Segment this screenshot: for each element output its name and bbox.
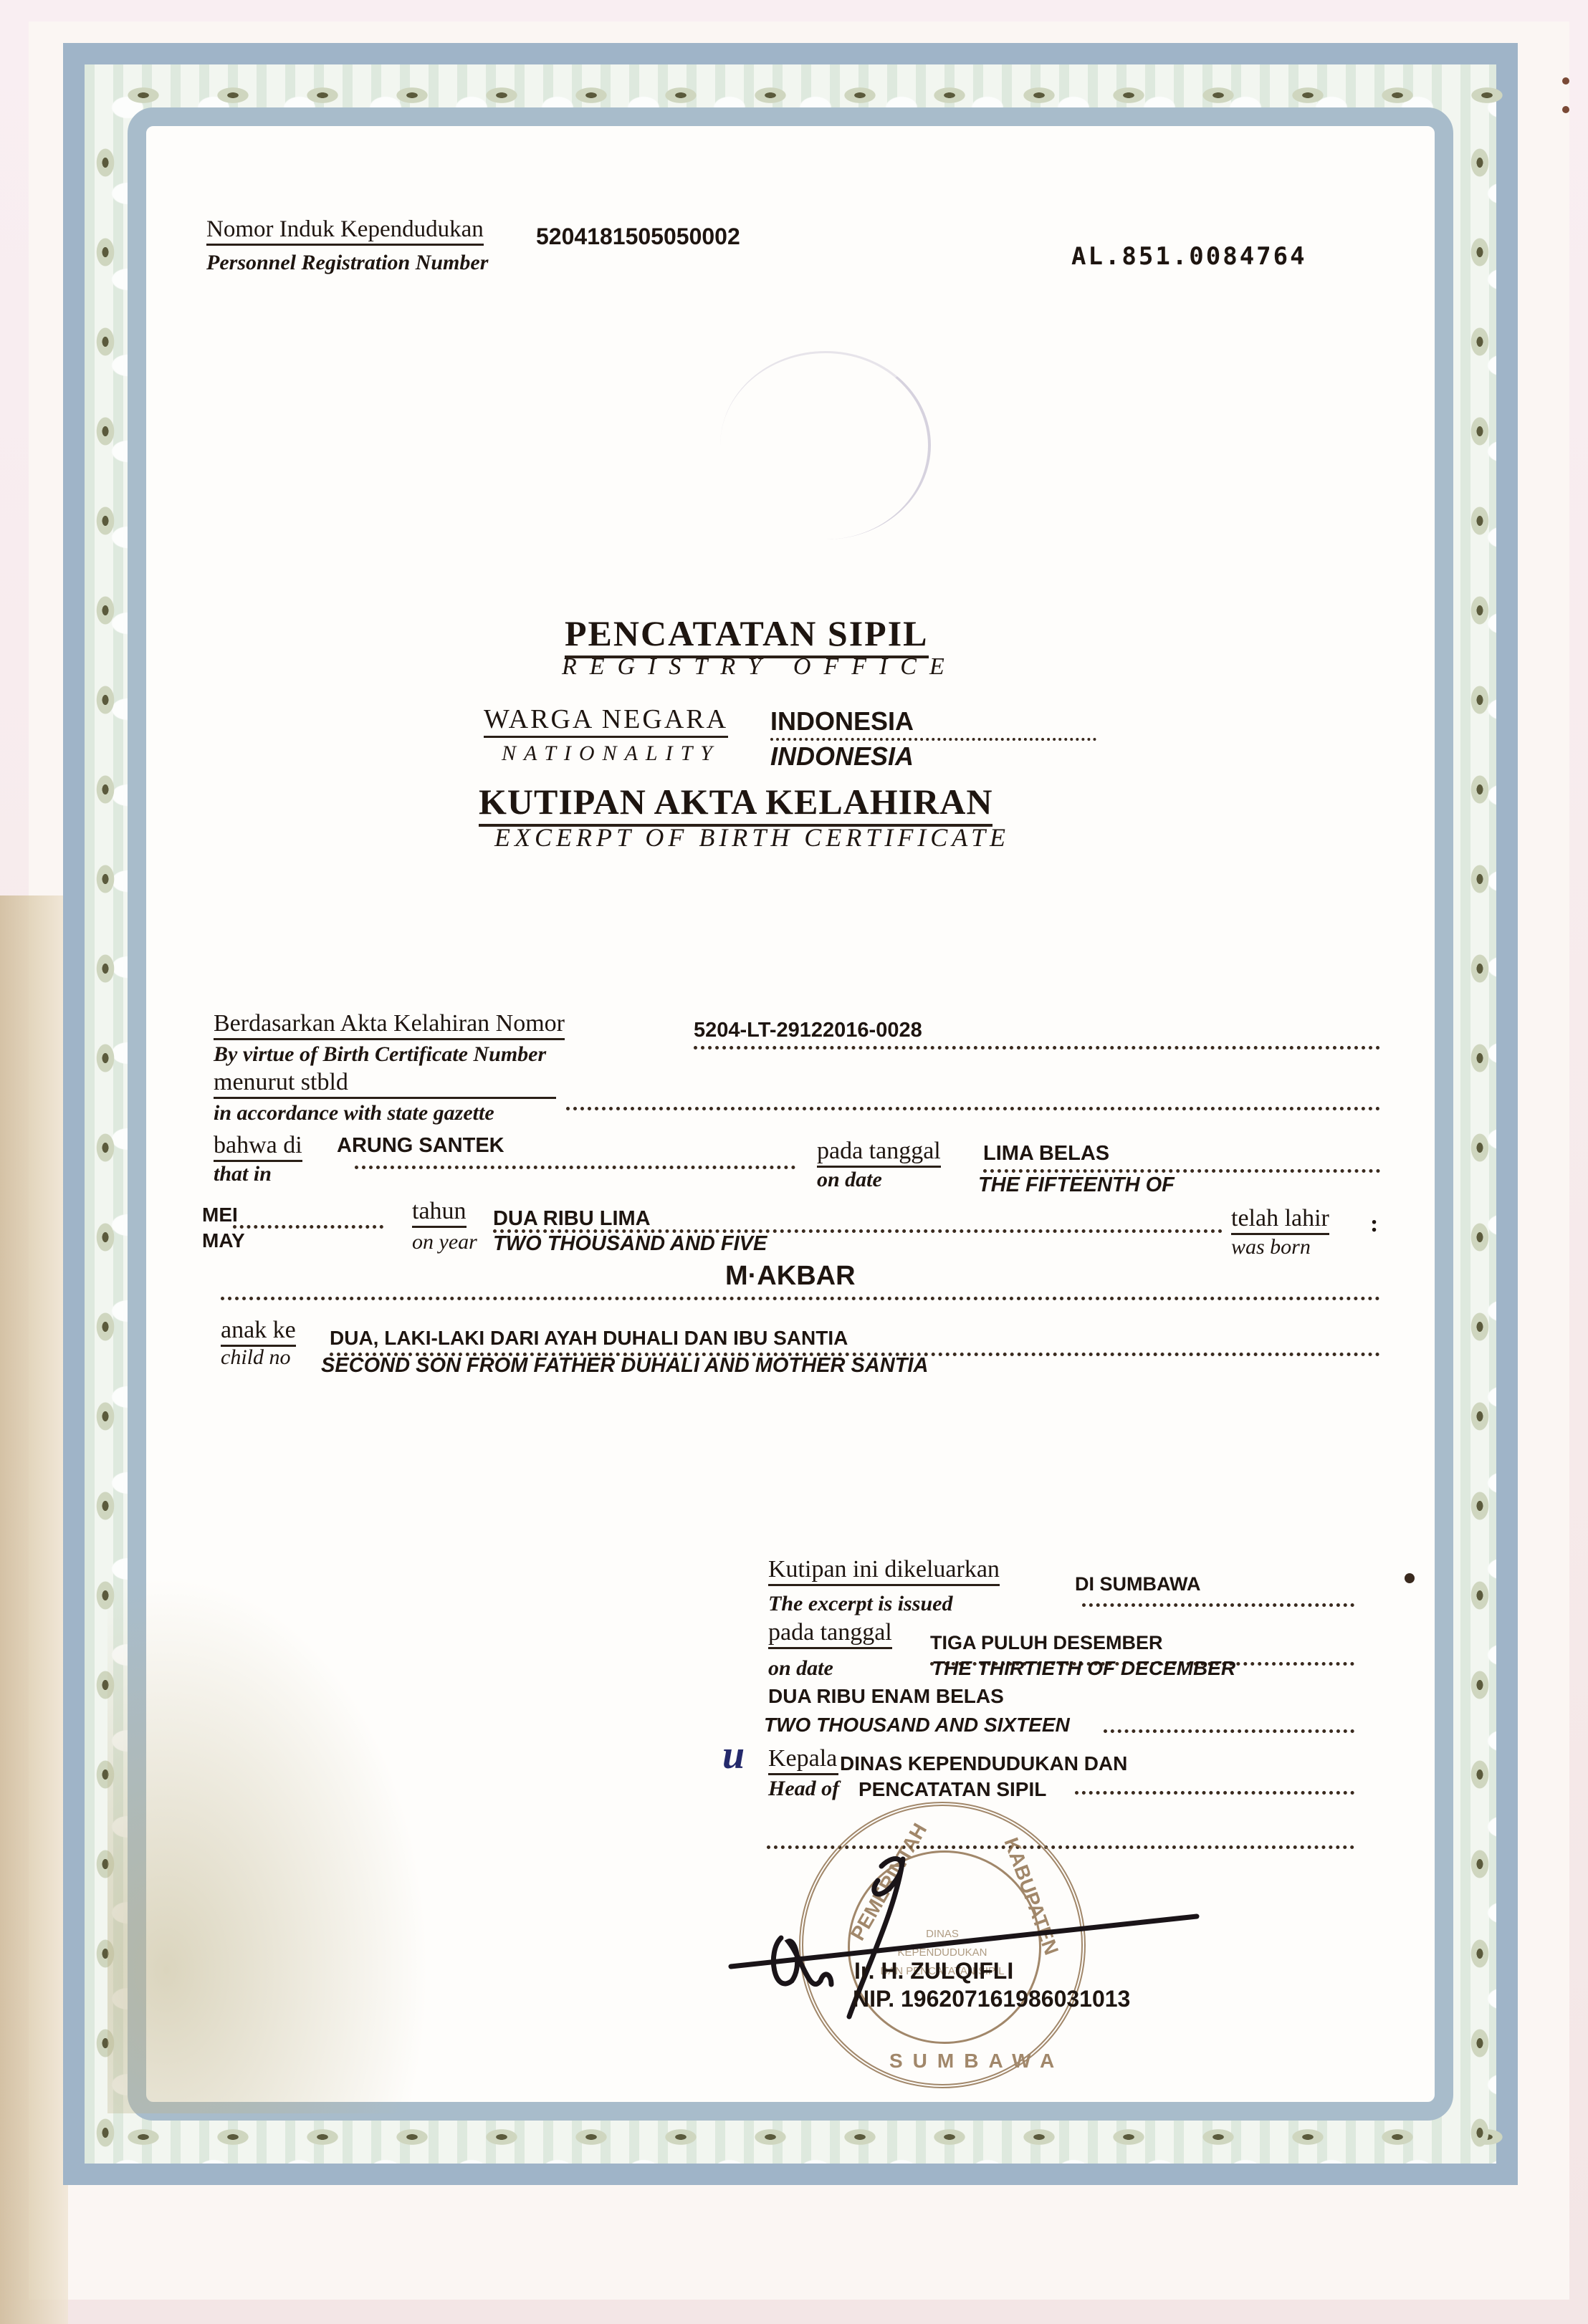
- birth-date-value-en: THE FIFTEENTH OF: [978, 1173, 1175, 1197]
- birth-month-value: MEI: [202, 1204, 238, 1226]
- nationality-value-en: INDONESIA: [770, 741, 914, 772]
- stbld-label-en: in accordance with state gazette: [214, 1101, 494, 1125]
- child-order-value-en: SECOND SON FROM FATHER DUHALI AND MOTHER…: [321, 1354, 928, 1378]
- place-label-en: that in: [214, 1162, 272, 1186]
- child-order-value: DUA, LAKI-LAKI DARI AYAH DUHALI DAN IBU …: [330, 1327, 848, 1350]
- document-title: KUTIPAN AKTA KELAHIRAN: [479, 781, 992, 827]
- place-value: ARUNG SANTEK: [337, 1134, 504, 1158]
- head-value-en: PENCATATAN SIPIL: [858, 1778, 1046, 1801]
- month-dotted-line: [233, 1225, 383, 1229]
- ink-dot: [1562, 77, 1569, 85]
- issued-year-value-en: TWO THOUSAND AND SIXTEEN: [764, 1714, 1070, 1737]
- birth-date-value: LIMA BELAS: [983, 1142, 1109, 1166]
- serial-number: AL.851.0084764: [1071, 242, 1307, 271]
- nik-label: Nomor Induk Kependudukan: [206, 216, 484, 246]
- birth-year-label-en: on year: [412, 1230, 477, 1254]
- seal-ring-text-bottom: SUMBAWA: [889, 2050, 1064, 2073]
- birth-date-label-en: on date: [817, 1168, 882, 1192]
- cert-number-dotted-line: [694, 1046, 1380, 1050]
- ink-dot: [1562, 106, 1569, 113]
- head-label-en: Head of: [768, 1777, 839, 1801]
- was-born-label-en: was born: [1231, 1235, 1311, 1259]
- document-title-en: EXCERPT OF BIRTH CERTIFICATE: [494, 822, 1010, 853]
- certificate-content: Nomor Induk Kependudukan Personnel Regis…: [0, 0, 1588, 2324]
- cert-number-value: 5204-LT-29122016-0028: [694, 1019, 922, 1042]
- nationality-dotted-line: [770, 738, 1096, 741]
- birth-month-value-en: MAY: [202, 1229, 245, 1252]
- official-name: Ir. H. ZULQIFLI: [854, 1958, 1013, 1984]
- issued-year-value: DUA RIBU ENAM BELAS: [768, 1685, 1004, 1708]
- birth-year-label: tahun: [412, 1198, 467, 1228]
- office-title: PENCATATAN SIPIL: [565, 613, 929, 658]
- issued-date-value-en: THE THIRTIETH OF DECEMBER: [932, 1657, 1235, 1680]
- child-order-label-en: child no: [221, 1345, 291, 1370]
- issued-label: Kutipan ini dikeluarkan: [768, 1556, 1000, 1586]
- cert-number-label-en: By virtue of Birth Certificate Number: [214, 1042, 546, 1067]
- issued-place: DI SUMBAWA: [1075, 1573, 1201, 1595]
- birth-date-dotted-line: [983, 1169, 1380, 1173]
- nik-label-en: Personnel Registration Number: [206, 251, 488, 275]
- nik-value: 5204181505050002: [536, 224, 740, 250]
- place-dotted-line: [355, 1166, 795, 1169]
- child-name: M·AKBAR: [725, 1261, 856, 1292]
- issued-date-label-en: on date: [768, 1656, 833, 1681]
- place-label: bahwa di: [214, 1132, 302, 1162]
- issued-date-label: pada tanggal: [768, 1619, 892, 1649]
- birth-year-value: DUA RIBU LIMA: [493, 1207, 651, 1231]
- head-label: Kepala: [768, 1745, 838, 1775]
- issued-date-value: TIGA PULUH DESEMBER: [930, 1632, 1163, 1654]
- child-name-dotted-line: [221, 1297, 1380, 1300]
- issued-dotted-line: [1082, 1603, 1354, 1607]
- ink-dot: [1405, 1573, 1415, 1583]
- nationality-label-en: NATIONALITY: [502, 741, 720, 766]
- cert-number-label: Berdasarkan Akta Kelahiran Nomor: [214, 1010, 565, 1040]
- office-title-en: REGISTRY OFFICE: [562, 653, 957, 681]
- head-dotted-line: [1075, 1791, 1354, 1795]
- birth-date-label: pada tanggal: [817, 1138, 941, 1168]
- issued-label-en: The excerpt is issued: [768, 1592, 952, 1616]
- was-born-label: telah lahir: [1231, 1205, 1329, 1235]
- stbld-dotted-line: [566, 1107, 1380, 1110]
- birth-year-value-en: TWO THOUSAND AND FIVE: [493, 1232, 767, 1256]
- was-born-colon: :: [1370, 1211, 1378, 1238]
- handwritten-initial: u: [722, 1732, 745, 1778]
- nationality-label: WARGA NEGARA: [484, 704, 728, 738]
- stbld-label: menurut stbld: [214, 1069, 556, 1099]
- nationality-value: INDONESIA: [770, 706, 914, 736]
- head-value: DINAS KEPENDUDUKAN DAN: [840, 1752, 1127, 1775]
- child-order-label: anak ke: [221, 1317, 296, 1347]
- official-nip: NIP. 196207161986031013: [853, 1986, 1130, 2012]
- issued-year-dotted-line: [1104, 1729, 1354, 1733]
